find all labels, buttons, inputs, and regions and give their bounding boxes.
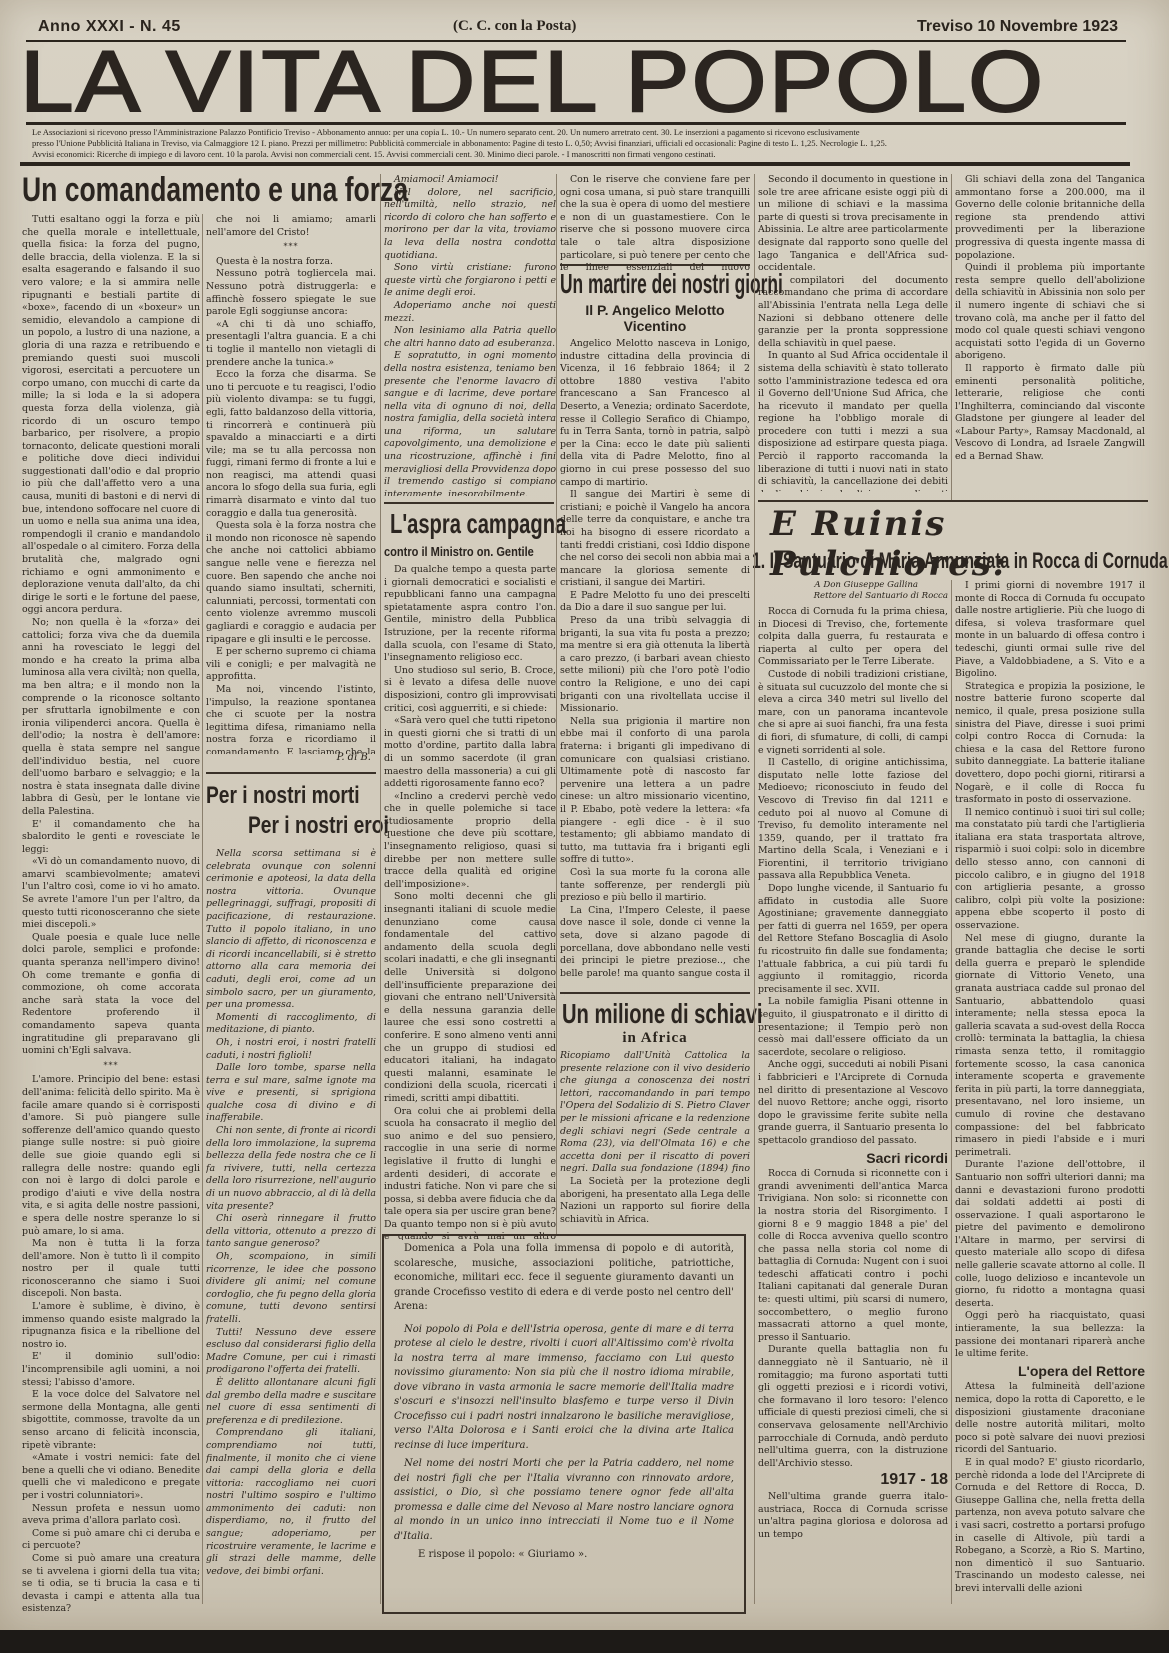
ruinis-col1: Rocca di Cornuda fu la prima chiesa, in … — [758, 606, 948, 1616]
paragraph: Rocca di Cornuda fu la prima chiesa, in … — [758, 606, 948, 669]
paragraph: Attesa la fulmineità dell'azione nemica,… — [955, 1381, 1145, 1457]
paragraph: Momenti di raccoglimento, di meditazione… — [206, 1012, 376, 1037]
paragraph: I primi giorni di novembre 1917 il monte… — [955, 580, 1145, 681]
paragraph: Il Castello, di origine antichissima, di… — [758, 757, 948, 883]
subtitle-line: Vicentino — [560, 318, 750, 334]
paragraph: Dalle loro tombe, sparse nella terra e s… — [206, 1062, 376, 1125]
paragraph: Chi non sente, di fronte ai ricordi dell… — [206, 1125, 376, 1213]
paragraph: Tutti! Nessuno deve essere escluso dal c… — [206, 1327, 376, 1377]
paragraph: Uno studioso sul serio, B. Croce, si è l… — [384, 665, 556, 715]
morti-body: Nella scorsa settimana si è celebrata ov… — [206, 848, 376, 1618]
section-subheading: Sacri ricordi — [758, 1152, 948, 1165]
paragraph: Questa sola è la forza nostra che il mon… — [206, 520, 376, 646]
paragraph: Nell'ultima grande guerra italo-austriac… — [758, 1491, 948, 1541]
paragraph: In quanto al Sud Africa occidentale il s… — [758, 350, 948, 492]
column-rule — [556, 174, 557, 1234]
column-rule — [754, 174, 755, 1604]
paragraph: Non lesiniamo alla Patria quello che alt… — [384, 325, 556, 350]
paragraph: Quindi il problema più importante resta … — [955, 262, 1145, 363]
paragraph: Gli schiavi della zona del Tanganica amm… — [955, 174, 1145, 262]
martire-body: Angelico Melotto nasceva in Lonigo, indu… — [560, 338, 750, 978]
paragraph: Ecco la forza che disarma. Se uno ti per… — [206, 369, 376, 520]
paragraph: Dopo lunghe vicende, il Santuario fu aff… — [758, 883, 948, 996]
paragraph: Ora colui che ai problemi della scuola h… — [384, 1106, 556, 1240]
newspaper-page: Anno XXXI - N. 45 (C. C. con la Posta) T… — [0, 0, 1169, 1630]
paragraph: «Sarà vero quel che tutti ripetono in qu… — [384, 715, 556, 791]
paragraph: E' il dominio sull'odio: l'incomprensibi… — [22, 1351, 200, 1389]
article-title-comandamento: Un comandamento e una forza — [22, 170, 408, 210]
header-bottom-rule — [20, 162, 1130, 166]
section-separator: *** — [206, 241, 376, 254]
paragraph: E in qual modo? E' giusto ricordarlo, pe… — [955, 1457, 1145, 1596]
paragraph: Nessun profeta e nessun uomo aveva prima… — [22, 1503, 200, 1528]
paragraph: Il sangue dei Martiri è seme di cristian… — [560, 489, 750, 590]
oath-box: Domenica a Pola una folla immensa di pop… — [382, 1234, 746, 1614]
paragraph: Sono virtù cristiane: furono queste virt… — [384, 262, 556, 300]
paragraph: Quale poesia e quale luce nelle dolci pa… — [22, 932, 200, 1058]
paragraph: L'amore è sublime, è divino, è immenso q… — [22, 1301, 200, 1351]
divider — [384, 502, 554, 504]
paragraph: E sopratutto, in ogni momento della nost… — [384, 350, 556, 496]
paragraph: E per scherno supremo ci chiama vili e c… — [206, 646, 376, 684]
subtitle-line: Il P. Angelico Melotto — [560, 302, 750, 318]
paragraph: Nella sua prigionia il martire non ebbe … — [560, 716, 750, 867]
paragraph: La nobile famiglia Pisani ottenne in seg… — [758, 996, 948, 1059]
oath-response: E rispose il popolo: « Giuriamo ». — [394, 1548, 734, 1563]
comandamento-col1: Tutti esaltano oggi la forza e più che q… — [22, 214, 200, 1614]
column-rule — [951, 580, 952, 1604]
paragraph: Strategica e propizia la posizione, le n… — [955, 681, 1145, 807]
campagna-continuation: Con le riserve che conviene fare per ogn… — [560, 174, 750, 274]
oath-paragraph: Nel nome dei nostri Morti che per la Pat… — [394, 1457, 734, 1544]
paragraph: La Società per la protezione degli abori… — [560, 1176, 750, 1226]
paragraph: Nessuno potrà togliercela mai. Nessuno p… — [206, 268, 376, 318]
paragraph: Così la sua morte fu la corona alle tant… — [560, 867, 750, 905]
paragraph: I compilatori del documento raccomandano… — [758, 275, 948, 351]
paragraph: Con le riserve che conviene fare per ogn… — [560, 174, 750, 274]
paragraph: Custode di nobili tradizioni cristiane, … — [758, 669, 948, 757]
oath-paragraph: Noi popolo di Pola e dell'Istria operosa… — [394, 1323, 734, 1454]
subscription-info: Le Associazioni si ricevono presso l'Amm… — [32, 127, 1117, 160]
subscription-line: presso l'Unione Pubblicità Italiana in T… — [32, 138, 1117, 149]
divider — [758, 500, 1148, 502]
postal-note: (C. C. con la Posta) — [453, 18, 576, 35]
paragraph: Il nemico continuò i suoi tiri sul colle… — [955, 807, 1145, 933]
paragraph: Da qualche tempo a questa parte i giorna… — [384, 564, 556, 665]
article-subtitle-campagna: contro il Ministro on. Gentile — [384, 544, 534, 560]
oath-text: Domenica a Pola una folla immensa di pop… — [394, 1242, 734, 1563]
paragraph: Oh, i nostri eroi, i nostri fratelli cad… — [206, 1037, 376, 1062]
paragraph: Ma non è tutta li la forza dell'amore. N… — [22, 1238, 200, 1301]
divider — [560, 992, 750, 994]
paragraph: «A chi ti dà uno schiaffo, presentagli l… — [206, 319, 376, 369]
paragraph: Sono molti decenni che gli insegnanti it… — [384, 891, 556, 1105]
paragraph: No; non quella è la «forza» dei cattolic… — [22, 617, 200, 819]
dedication-line: A Don Giuseppe Gallina — [758, 580, 948, 591]
paragraph: Questa è la nostra forza. — [206, 256, 376, 269]
dedication: A Don Giuseppe Gallina Rettore del Santu… — [758, 580, 948, 602]
paragraph: Come si può amare una creatura se ti avv… — [22, 1553, 200, 1614]
article-subtitle-martire: Il P. Angelico Melotto Vicentino — [560, 302, 750, 334]
paragraph: Amiamoci! Amiamoci! — [384, 174, 556, 187]
comandamento-col2: che noi li amiamo; amarli nell'amore del… — [206, 214, 376, 754]
paragraph: E Padre Melotto fu uno dei prescelti da … — [560, 590, 750, 615]
paragraph: E' il comandamento che ha sbalordito le … — [22, 819, 200, 857]
masthead-rule — [26, 122, 1126, 125]
paragraph: La Cina, l'Impero Celeste, il paese dove… — [560, 905, 750, 978]
section-subheading: L'opera del Rettore — [955, 1365, 1145, 1378]
article-signature: P. di B. — [206, 752, 371, 763]
paragraph: Preso da una tribù selvaggia di briganti… — [560, 615, 750, 716]
masthead-title: LA VITA DEL POPOLO — [20, 42, 1169, 122]
schiavi-col3: Gli schiavi della zona del Tanganica amm… — [955, 174, 1145, 492]
column-rule — [951, 174, 952, 500]
article-subtitle-ruinis: 1. Il Santuario di Maria Annunziata in R… — [752, 548, 1168, 574]
paragraph: che noi li amiamo; amarli nell'amore del… — [206, 214, 376, 239]
paragraph: Adoperiamo anche noi questi mezzi. — [384, 300, 556, 325]
paragraph: Rocca di Cornuda si riconnette con i gra… — [758, 1168, 948, 1344]
article-subtitle-schiavi: in Africa — [560, 1030, 750, 1047]
paragraph: «Amate i vostri nemici: fate del bene a … — [22, 1452, 200, 1502]
amiamoci-body: Amiamoci! Amiamoci!Nel dolore, nel sacri… — [384, 174, 556, 496]
subscription-line: Le Associazioni si ricevono presso l'Amm… — [32, 127, 1117, 138]
paragraph: Anche oggi, succeduti ai nobili Pisani i… — [758, 1059, 948, 1147]
campagna-body: Da qualche tempo a questa parte i giorna… — [384, 564, 556, 1240]
article-title-campagna: L'aspra campagna — [390, 508, 566, 540]
schiavi-intro: Ricopiamo dall'Unità Cattolica la presen… — [560, 1050, 750, 1175]
paragraph: Oggi però ha riacquistato, quasi intiera… — [955, 1310, 1145, 1360]
dedication-line: Rettore del Santuario di Rocca — [758, 591, 948, 602]
paragraph: Nel mese di giugno, durante la grande ba… — [955, 933, 1145, 1160]
section-separator: *** — [22, 1060, 200, 1073]
divider — [560, 264, 750, 266]
divider — [206, 772, 376, 774]
paragraph: Comprendano gli italiani, comprendiamo n… — [206, 1427, 376, 1578]
paragraph: Chi oserà rinnegare il frutto della vitt… — [206, 1213, 376, 1251]
paragraph: «Inclino a credervi perchè vedo che in q… — [384, 791, 556, 892]
paragraph: Il rapporto è firmato dalle più eminenti… — [955, 363, 1145, 464]
paragraph: L'amore. Principio del bene: estasi dell… — [22, 1074, 200, 1238]
column-rule — [202, 214, 203, 1604]
schiavi-col2: Secondo il documento in questione in sol… — [758, 174, 948, 492]
paragraph: Nella scorsa settimana si è celebrata ov… — [206, 848, 376, 1012]
article-title-martire: Un martire dei nostri giorni — [560, 268, 783, 300]
paragraph: Durante quella battaglia non fu danneggi… — [758, 1344, 948, 1470]
paragraph: Secondo il documento in questione in sol… — [758, 174, 948, 275]
paragraph: Oh, scompaiono, in simili ricorrenze, le… — [206, 1251, 376, 1327]
section-subheading: 1917 - 18 — [758, 1474, 948, 1487]
ruinis-col2: I primi giorni di novembre 1917 il monte… — [955, 580, 1145, 1616]
paragraph: È delitto allontanare alcuni figli dal g… — [206, 1377, 376, 1427]
paragraph: Tutti esaltano oggi la forza e più che q… — [22, 214, 200, 617]
article-title-schiavi: Un milione di schiavi — [562, 998, 763, 1030]
schiavi-body-start: La Società per la protezione degli abori… — [560, 1176, 750, 1226]
paragraph: Come si può amare chi ci deruba e ci per… — [22, 1528, 200, 1553]
column-rule — [380, 174, 381, 1604]
paragraph: Ma noi, vincendo l'istinto, l'impulso, l… — [206, 684, 376, 754]
paragraph: Angelico Melotto nasceva in Lonigo, indu… — [560, 338, 750, 489]
article-title-morti-2: Per i nostri eroi — [248, 812, 389, 840]
oath-intro: Domenica a Pola una folla immensa di pop… — [394, 1242, 734, 1315]
subscription-line: Avvisi economici: Ricerche di impiego e … — [32, 149, 1117, 160]
article-title-morti-1: Per i nostri morti — [206, 782, 360, 810]
paragraph: Nel dolore, nel sacrificio, nell'umiltà,… — [384, 187, 556, 263]
paragraph: Durante l'azione dell'ottobre, il Santua… — [955, 1159, 1145, 1310]
paragraph: «Vi dò un comandamento nuovo, di amarvi … — [22, 856, 200, 932]
paragraph: E la voce dolce del Salvatore nel sermon… — [22, 1389, 200, 1452]
